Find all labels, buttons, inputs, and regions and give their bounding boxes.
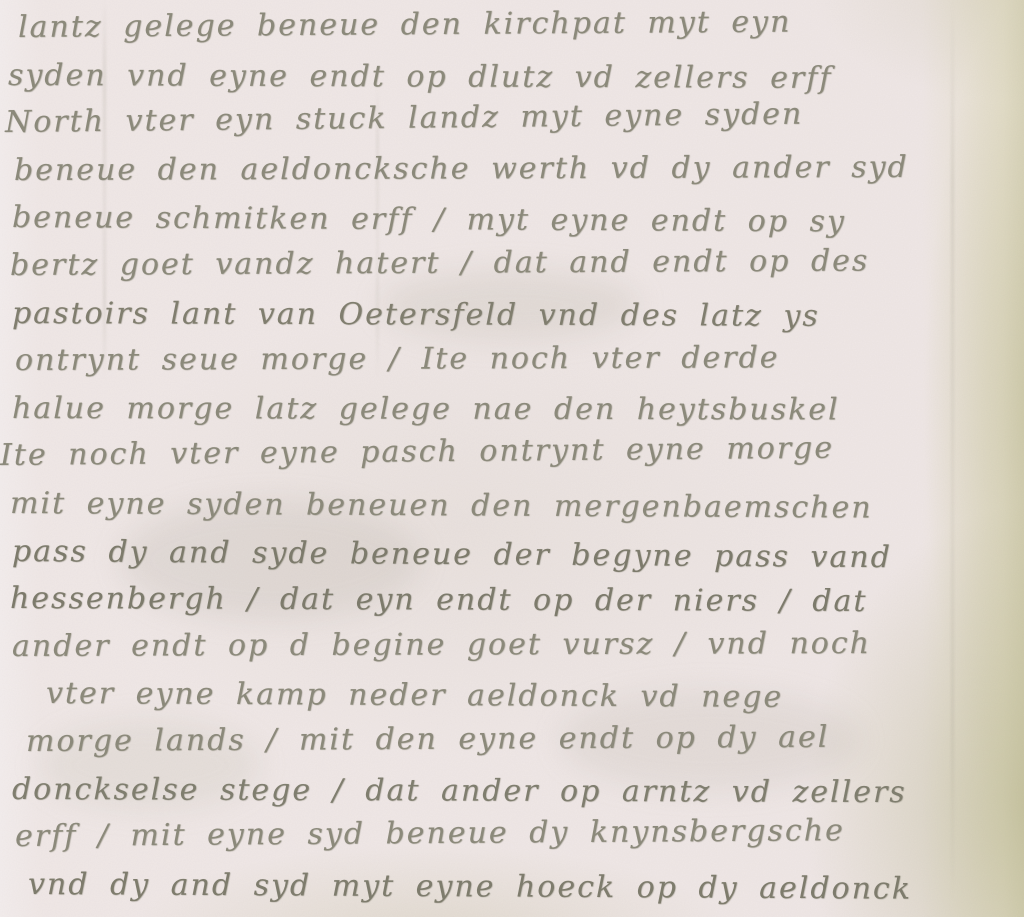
manuscript-line: beneue den aeldoncksche werth vd dy ande…: [14, 143, 1010, 194]
manuscript-line: morge lands / mit den eyne endt op dy ae…: [26, 713, 1010, 766]
manuscript-line: mit eyne syden beneuen den mergenbaemsch…: [10, 480, 1010, 533]
manuscript-line: North vter eyn stuck landz myt eyne syde…: [5, 89, 1010, 147]
manuscript-page: lantz gelege beneue den kirchpat myt eyn…: [0, 0, 1024, 917]
manuscript-line: ander endt op d begine goet vursz / vnd …: [12, 619, 1010, 670]
manuscript-text: lantz gelege beneue den kirchpat myt eyn…: [0, 4, 1010, 908]
manuscript-line: erff / mit eyne syd beneue dy knynsbergs…: [15, 806, 1010, 861]
manuscript-line: Ite noch vter eyne pasch ontrynt eyne mo…: [0, 424, 1010, 480]
manuscript-line: lantz gelege beneue den kirchpat myt eyn: [18, 0, 1010, 52]
manuscript-line: vnd dy and syd myt eyne hoeck op dy aeld…: [28, 861, 1010, 914]
manuscript-line: pastoirs lant van Oetersfeld vnd des lat…: [12, 290, 1010, 341]
manuscript-line: hessenbergh / dat eyn endt op der niers …: [10, 575, 1010, 626]
manuscript-line: ontrynt seue morge / Ite noch vter derde: [15, 334, 1010, 385]
manuscript-line: pass dy and syde beneue der begyne pass …: [12, 528, 1010, 583]
manuscript-line: bertz goet vandz hatert / dat and endt o…: [10, 237, 1010, 290]
